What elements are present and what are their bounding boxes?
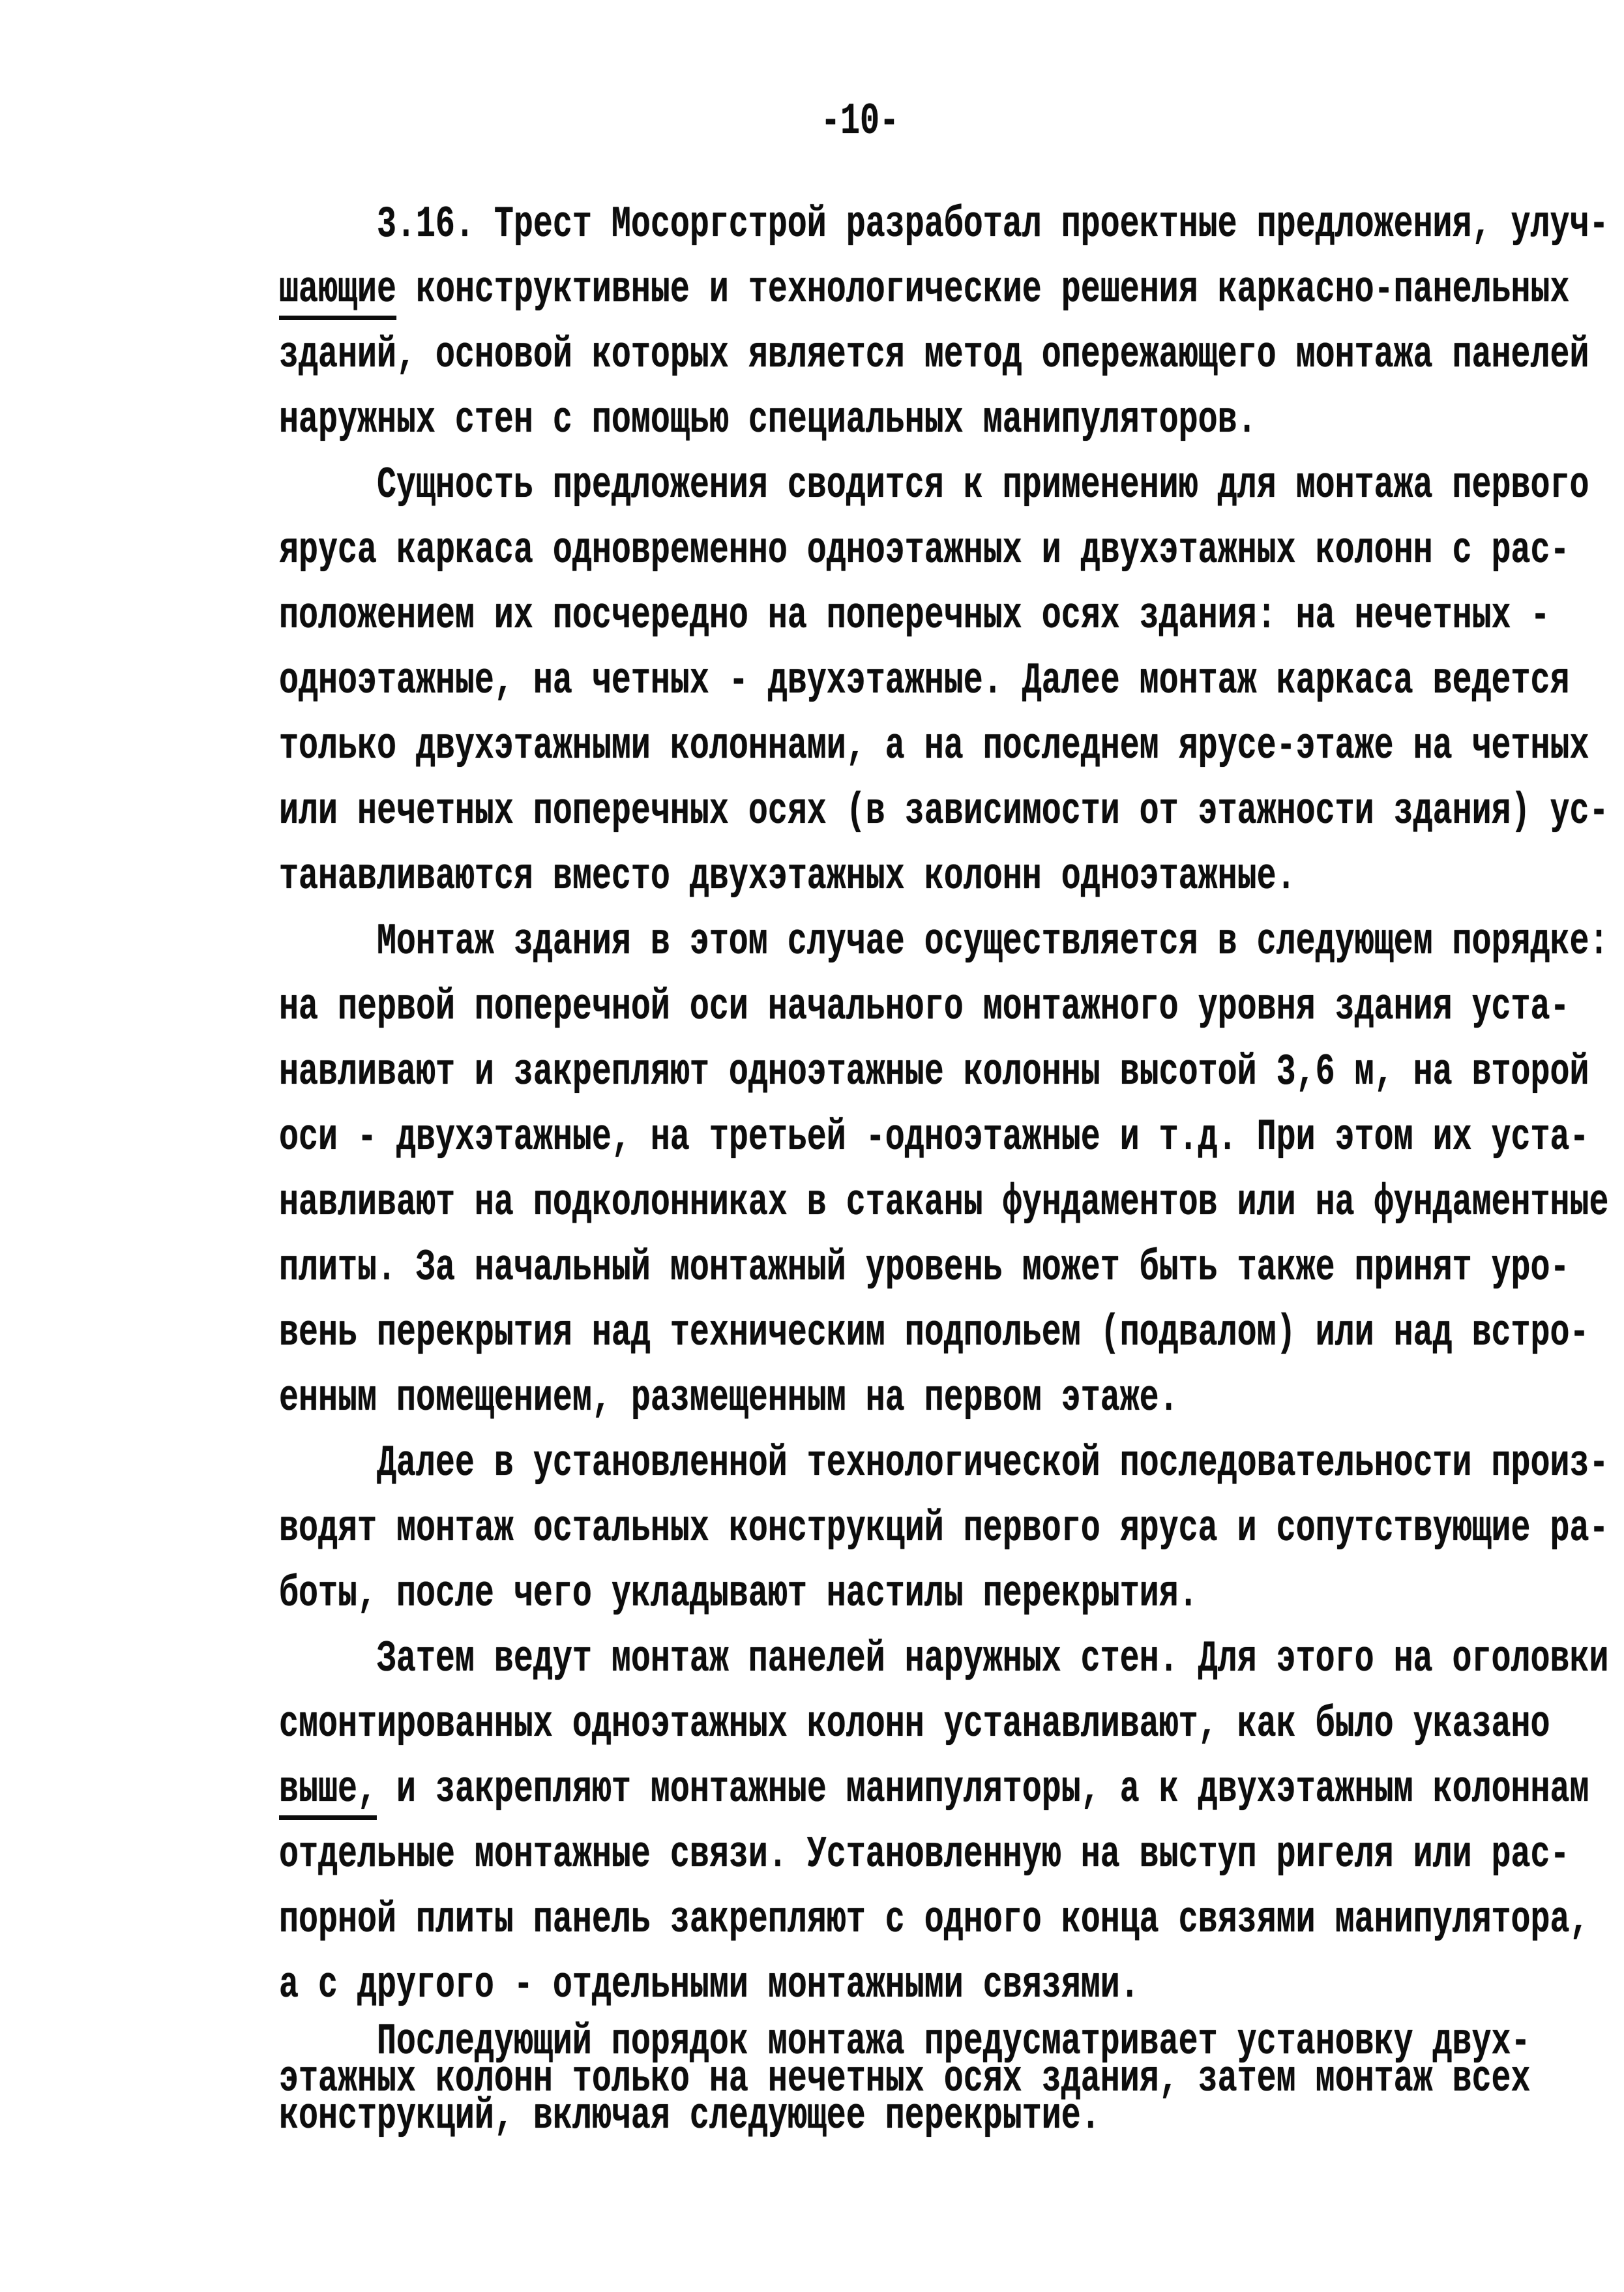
paragraph: Затем ведут монтаж панелей наружных стен…: [279, 1627, 1624, 2018]
text-line: плиты. За начальный монтажный уровень мо…: [279, 1236, 1269, 1301]
text-line: навливают на подколонниках в стаканы фун…: [279, 1170, 1269, 1236]
page-number: -10-: [821, 89, 899, 155]
paragraph: Монтаж здания в этом случае осуществляет…: [279, 910, 1624, 1431]
text-line: выше, и закрепляют монтажные манипулятор…: [279, 1757, 1269, 1823]
text-line: 3.16. Трест Мосоргстрой разработал проек…: [279, 192, 1269, 258]
text-line: порной плиты панель закрепляют с одного …: [279, 1888, 1269, 1953]
paragraph: Последующий порядок монтажа предусматрив…: [279, 2023, 1624, 2135]
text-line: яруса каркаса одновременно одноэтажных и…: [279, 518, 1269, 584]
text-line: или нечетных поперечных осях (в зависимо…: [279, 779, 1269, 844]
text-line: а с другого - отдельными монтажными связ…: [279, 1953, 1269, 2018]
text-line: Сущность предложения сводится к применен…: [279, 453, 1269, 518]
text-line: Монтаж здания в этом случае осуществляет…: [279, 910, 1269, 975]
scanned-document-page: -10- 3.16. Трест Мосоргстрой разработал …: [0, 0, 1624, 2292]
text-line: боты, после чего укладывают настилы пере…: [279, 1562, 1269, 1627]
text-line: оси - двухэтажные, на третьей -одноэтажн…: [279, 1105, 1269, 1170]
text-line: Далее в установленной технологической по…: [279, 1431, 1269, 1496]
document-body: 3.16. Трест Мосоргстрой разработал проек…: [279, 192, 1624, 2135]
underlined-word: выше,: [279, 1764, 377, 1820]
text-line: смонтированных одноэтажных колонн устана…: [279, 1692, 1269, 1757]
text-line: Затем ведут монтаж панелей наружных стен…: [279, 1627, 1269, 1692]
text-line: вень перекрытия над техническим подполье…: [279, 1301, 1269, 1366]
text-line: положением их посчередно на поперечных о…: [279, 584, 1269, 649]
text-line: водят монтаж остальных конструкций перво…: [279, 1496, 1269, 1562]
paragraph: Сущность предложения сводится к применен…: [279, 453, 1624, 910]
underlined-word: шающие: [279, 265, 396, 320]
text-line: отдельные монтажные связи. Установленную…: [279, 1823, 1269, 1888]
text-line: на первой поперечной оси начального монт…: [279, 975, 1269, 1040]
paragraph: Далее в установленной технологической по…: [279, 1431, 1624, 1627]
text-line: зданий, основой которых является метод о…: [279, 323, 1269, 388]
text-line: наружных стен с помощью специальных мани…: [279, 388, 1269, 453]
line-text: и закрепляют монтажные манипуляторы, а к…: [377, 1764, 1589, 1815]
text-line: конструкций, включая следующее перекрыти…: [279, 2098, 1269, 2135]
text-line: шающие конструктивные и технологические …: [279, 258, 1269, 323]
text-line: только двухэтажными колоннами, а на посл…: [279, 714, 1269, 779]
line-text: конструктивные и технологические решения…: [396, 265, 1570, 315]
text-line: одноэтажные, на четных - двухэтажные. Да…: [279, 649, 1269, 714]
paragraph: 3.16. Трест Мосоргстрой разработал проек…: [279, 192, 1624, 453]
text-line: енным помещением, размещенным на первом …: [279, 1366, 1269, 1431]
text-line: танавливаются вместо двухэтажных колонн …: [279, 844, 1269, 910]
text-line: навливают и закрепляют одноэтажные колон…: [279, 1040, 1269, 1105]
